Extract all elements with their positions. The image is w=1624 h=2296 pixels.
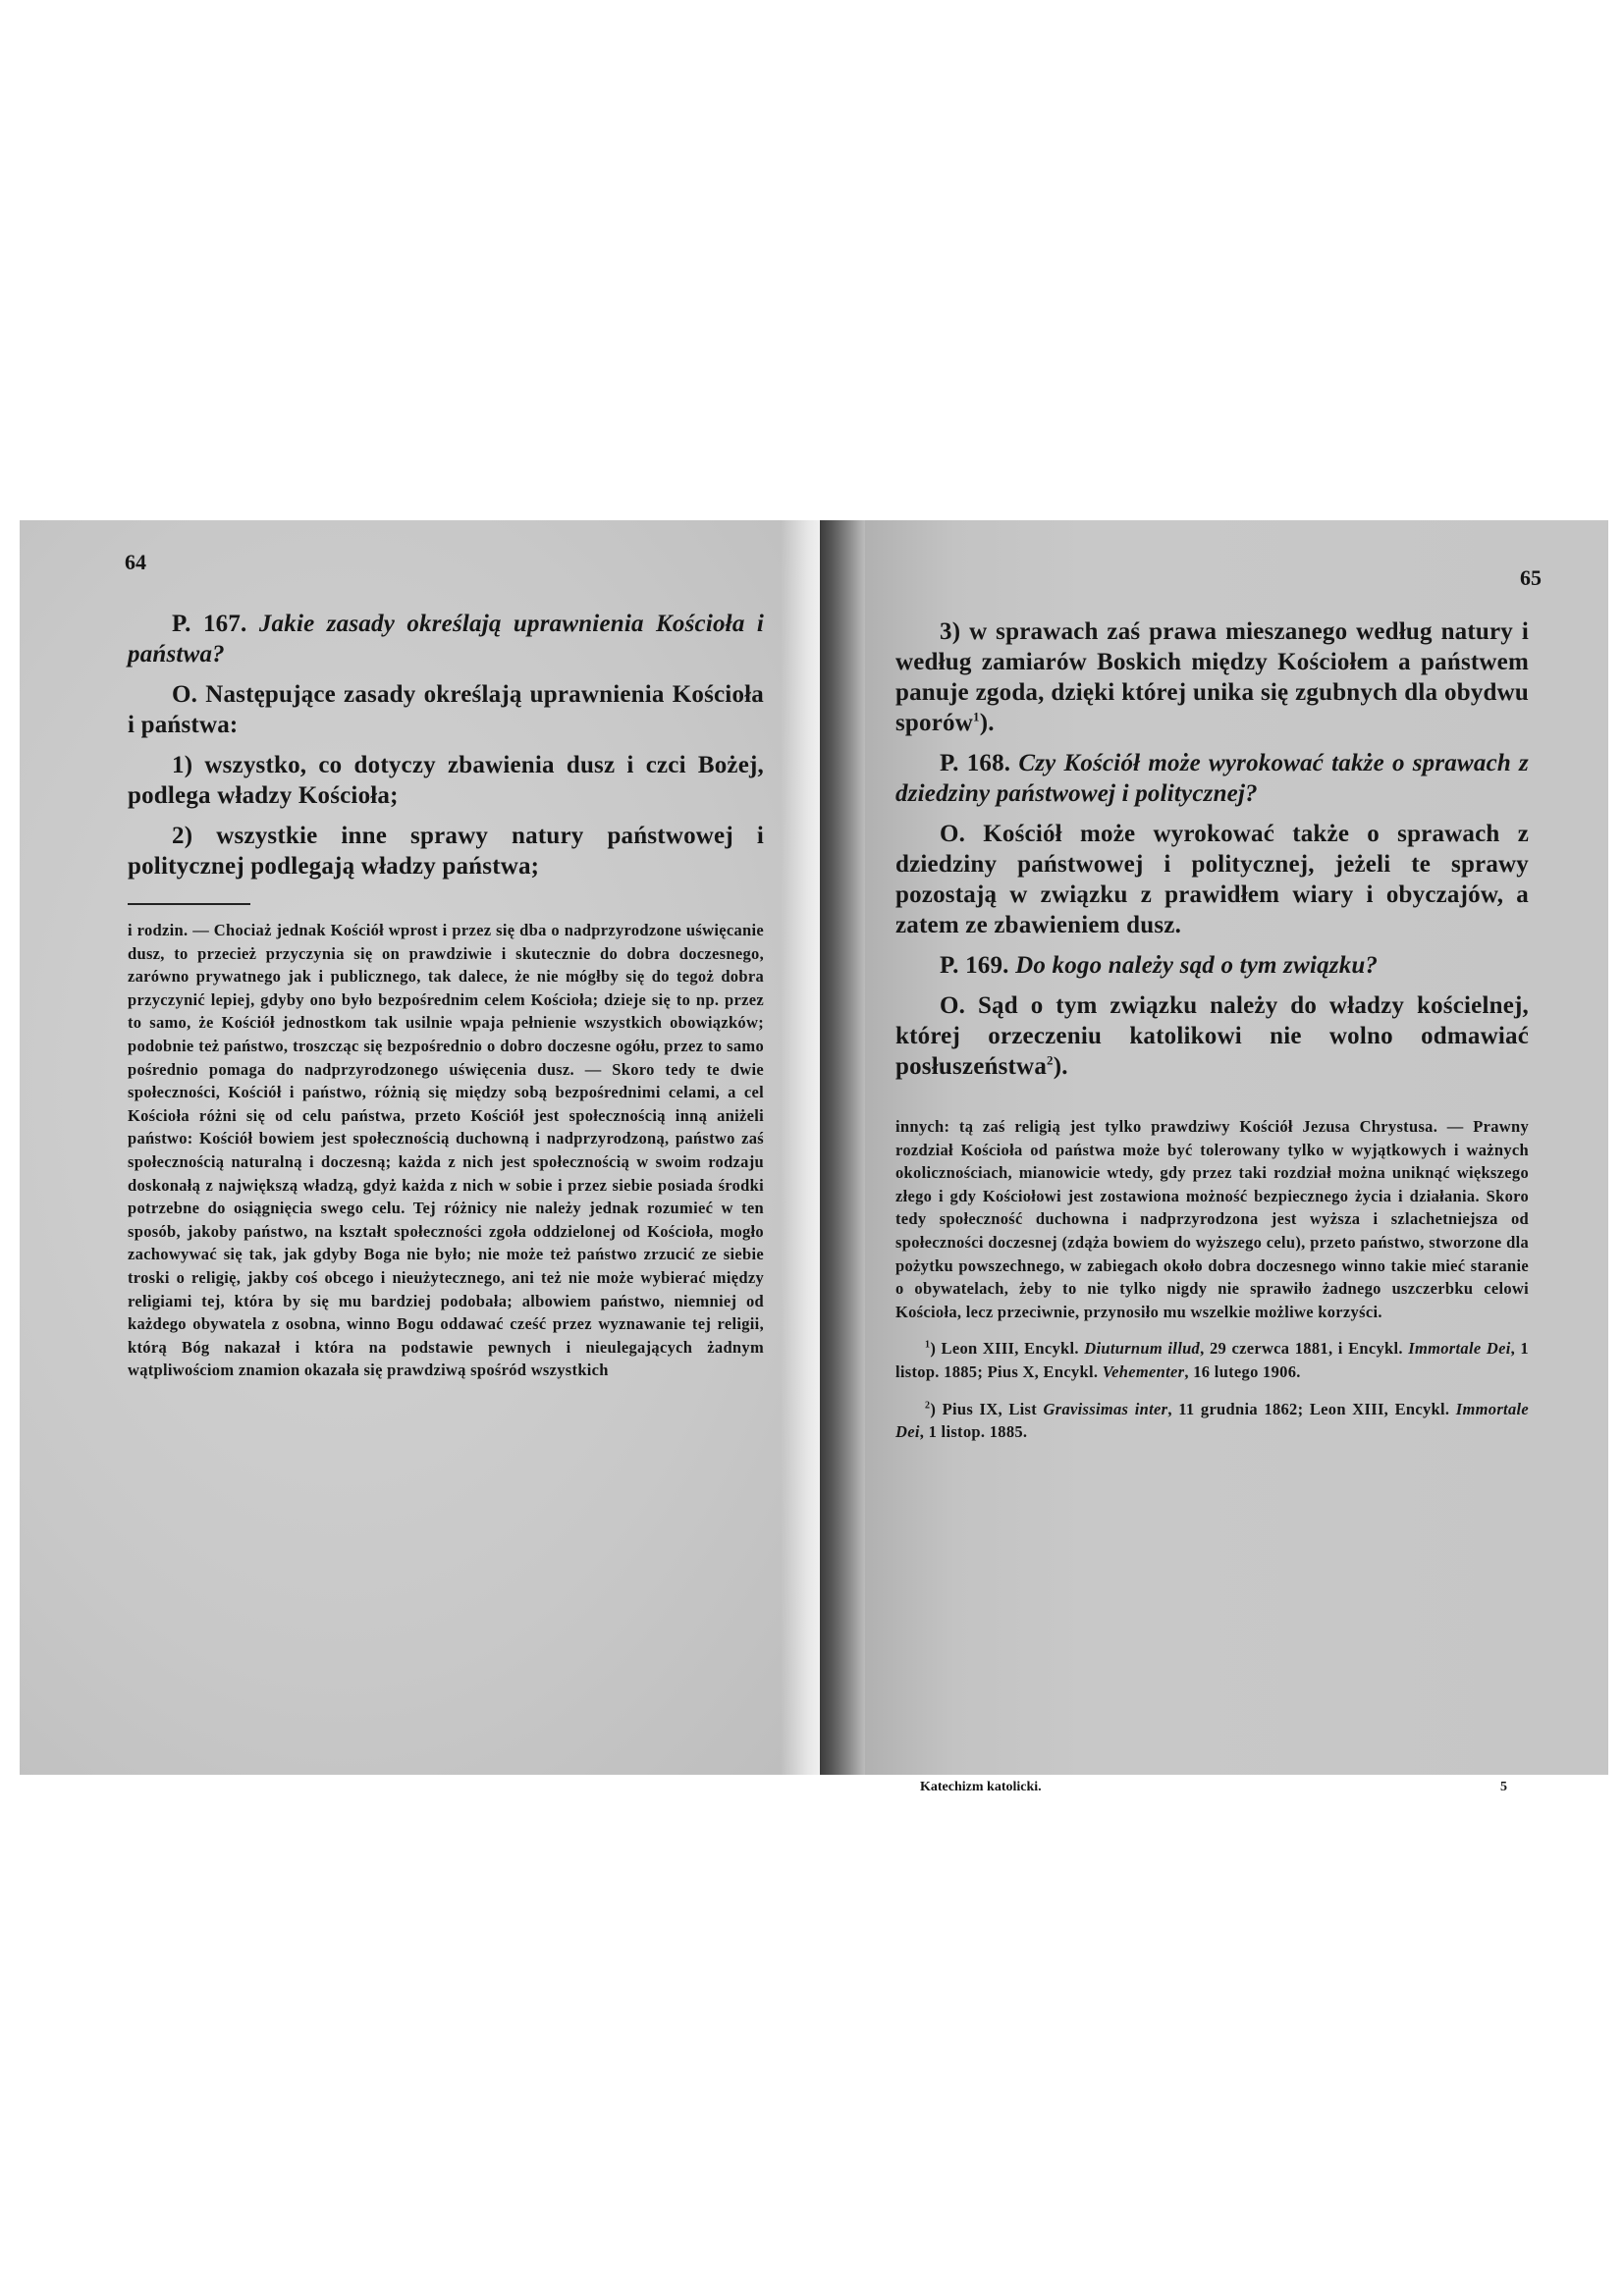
answer-168: O. Kościół może wyrokować także o sprawa… bbox=[895, 819, 1529, 940]
page-number-right: 65 bbox=[1520, 565, 1542, 591]
signature-mark: 5 bbox=[1500, 1780, 1507, 1795]
footnote-1: 1) Leon XIII, Encykl. Diuturnum illud, 2… bbox=[895, 1337, 1529, 1383]
answer-167-point-3: 3) w sprawach zaś prawa mieszanego wedłu… bbox=[895, 616, 1529, 738]
answer-167-point-2: 2) wszystkie inne sprawy natury państwow… bbox=[128, 821, 764, 881]
question-label: P. 167. bbox=[172, 611, 247, 637]
question-169: P. 169. Do kogo należy sąd o tym związku… bbox=[895, 950, 1529, 981]
question-label: P. 169. bbox=[940, 952, 1009, 979]
footnote-ref-1[interactable]: 1 bbox=[973, 710, 980, 724]
left-page-column: P. 167. Jakie zasady określają uprawnien… bbox=[128, 609, 764, 1382]
printer-signature: Katechizm katolicki. 5 bbox=[895, 1780, 1529, 1795]
footnote-continuation-left: i rodzin. — Chociaż jednak Kościół wpros… bbox=[128, 919, 764, 1382]
page-number-left: 64 bbox=[125, 550, 146, 575]
book-spread-scan: 64 P. 167. Jakie zasady określają uprawn… bbox=[20, 520, 1608, 1775]
right-page-column: 3) w sprawach zaś prawa mieszanego wedłu… bbox=[895, 616, 1529, 1444]
footnote-ref-2[interactable]: 2 bbox=[1047, 1053, 1054, 1068]
answer-167-point-1: 1) wszystko, co dotyczy zbawienia dusz i… bbox=[128, 750, 764, 811]
answer-167: O. Następujące zasady określają uprawnie… bbox=[128, 679, 764, 740]
footnote-divider bbox=[128, 903, 250, 905]
question-168: P. 168. Czy Kościół może wyrokować także… bbox=[895, 748, 1529, 809]
footnote-2: 2) Pius IX, List Gravissimas inter, 11 g… bbox=[895, 1398, 1529, 1444]
question-label: P. 168. bbox=[940, 750, 1010, 776]
book-gutter-shadow bbox=[820, 520, 865, 1775]
footnote-continuation-right: innych: tą zaś religią jest tylko prawdz… bbox=[895, 1115, 1529, 1323]
question-text: Do kogo należy sąd o tym związku? bbox=[1015, 952, 1378, 979]
question-167: P. 167. Jakie zasady określają uprawnien… bbox=[128, 609, 764, 669]
footnotes: 1) Leon XIII, Encykl. Diuturnum illud, 2… bbox=[895, 1337, 1529, 1443]
left-page: 64 P. 167. Jakie zasady określają uprawn… bbox=[20, 520, 820, 1775]
signature-title: Katechizm katolicki. bbox=[920, 1780, 1042, 1795]
answer-169: O. Sąd o tym związku należy do władzy ko… bbox=[895, 990, 1529, 1082]
right-page: 65 3) w sprawach zaś prawa mieszanego we… bbox=[865, 520, 1608, 1775]
